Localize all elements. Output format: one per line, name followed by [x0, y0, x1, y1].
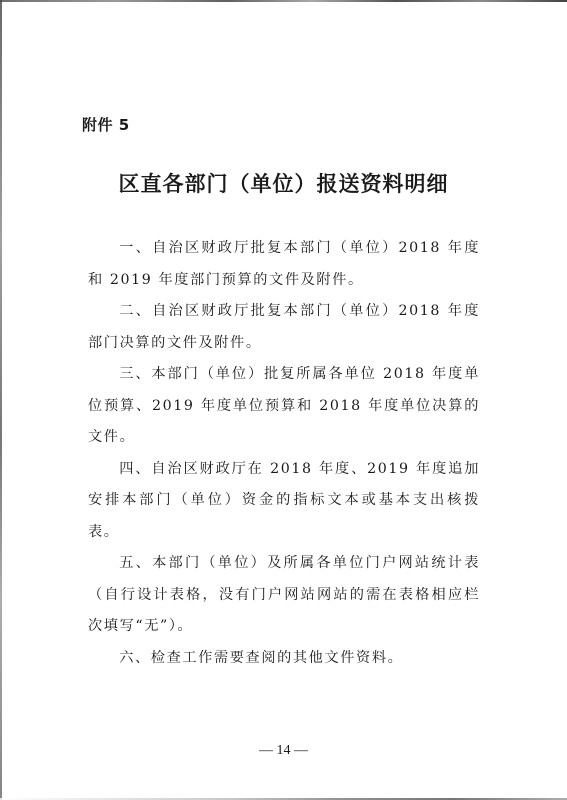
scan-edge-top — [0, 0, 567, 2]
document-title: 区直各部门（单位）报送资料明细 — [0, 168, 567, 198]
scan-edge-left — [0, 0, 2, 800]
list-item-1: 一、自治区财政厅批复本部门（单位）2018 年度和 2019 年度部门预算的文件… — [88, 233, 480, 296]
list-item-5: 五、本部门（单位）及所属各单位门户网站统计表（自行设计表格，没有门户网站网站的需… — [88, 548, 480, 643]
list-item-6: 六、检查工作需要查阅的其他文件资料。 — [88, 643, 480, 675]
page-number: — 14 — — [0, 743, 567, 759]
list-item-4: 四、自治区财政厅在 2018 年度、2019 年度追加安排本部门（单位）资金的指… — [88, 454, 480, 549]
document-body: 一、自治区财政厅批复本部门（单位）2018 年度和 2019 年度部门预算的文件… — [88, 233, 480, 674]
attachment-label: 附件 5 — [82, 114, 130, 135]
list-item-2: 二、自治区财政厅批复本部门（单位）2018 年度部门决算的文件及附件。 — [88, 296, 480, 359]
list-item-3: 三、本部门（单位）批复所属各单位 2018 年度单位预算、2019 年度单位预算… — [88, 359, 480, 454]
